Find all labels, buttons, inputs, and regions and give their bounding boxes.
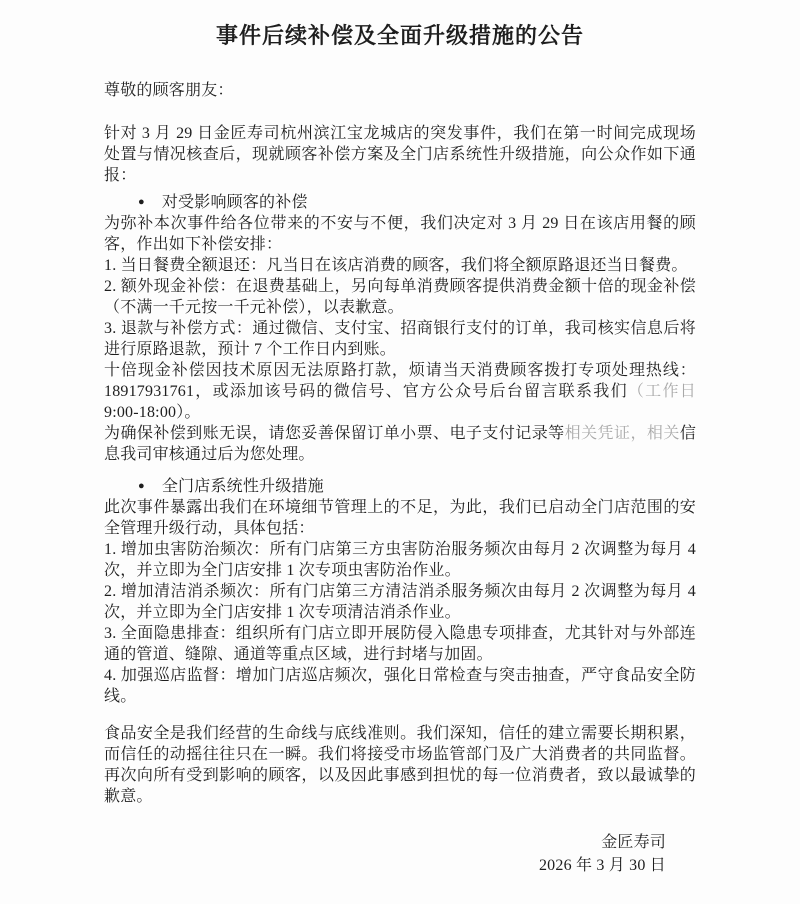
page-title: 事件后续补偿及全面升级措施的公告 bbox=[104, 20, 696, 52]
list-item: 1. 增加虫害防治频次：所有门店第三方虫害防治服务频次由每月 2 次调整为每月 … bbox=[104, 539, 696, 581]
closing-paragraph: 食品安全是我们经营的生命线与底线准则。我们深知，信任的建立需要长期积累，而信任的… bbox=[104, 723, 696, 807]
hotline-text: ，或添加该号码的微信号、官方公众号后台留言联系我们 bbox=[194, 383, 628, 400]
list-item: 1. 当日餐费全额退还：凡当日在该店消费的顾客，我们将全额原路退还当日餐费。 bbox=[104, 255, 696, 276]
salutation: 尊敬的顾客朋友： bbox=[104, 80, 696, 101]
upgrade-section: ●全门店系统性升级措施 此次事件暴露出我们在环境细节管理上的不足，为此，我们已启… bbox=[104, 476, 696, 707]
section-heading-text: 全门店系统性升级措施 bbox=[162, 478, 324, 495]
hotline-paragraph: 十倍现金补偿因技术原因无法原路打款，烦请当天消费顾客拨打专项处理热线：18917… bbox=[104, 360, 696, 423]
bullet-icon: ● bbox=[138, 192, 145, 213]
announcement-document: 事件后续补偿及全面升级措施的公告 尊敬的顾客朋友： 针对 3 月 29 日金匠寿… bbox=[0, 0, 800, 904]
list-item: 4. 加强巡店监督：增加门店巡店频次，强化日常检查与突击抽查，严守食品安全防线。 bbox=[104, 665, 696, 707]
receipt-text: 为确保补偿到账无误，请您妥善保留订单小票、电子支付记录等 bbox=[104, 425, 565, 442]
section-heading-text: 对受影响顾客的补偿 bbox=[162, 194, 308, 211]
upgrade-lead: 此次事件暴露出我们在环境细节管理上的不足，为此，我们已启动全门店范围的安全管理升… bbox=[104, 497, 696, 539]
hotline-text: 9:00-18:00）。 bbox=[104, 404, 201, 421]
faded-text: （工作日 bbox=[628, 383, 696, 400]
list-item: 3. 全面隐患排查：组织所有门店立即开展防侵入隐患专项排查，尤其针对与外部连通的… bbox=[104, 623, 696, 665]
bullet-icon: ● bbox=[138, 476, 145, 497]
phone-number: 18917931761 bbox=[104, 383, 194, 400]
section-heading-compensation: ●对受影响顾客的补偿 bbox=[104, 192, 696, 213]
compensation-section: ●对受影响顾客的补偿 为弥补本次事件给各位带来的不安与不便，我们决定对 3 月 … bbox=[104, 192, 696, 465]
signature-company: 金匠寿司 bbox=[104, 831, 666, 854]
faded-text: 相关凭证，相关 bbox=[565, 425, 680, 442]
signature-block: 金匠寿司 2026 年 3 月 30 日 bbox=[104, 831, 696, 877]
hotline-text: 十倍现金补偿因技术原因无法原路打款，烦请当天消费顾客拨打专项处理热线： bbox=[104, 362, 696, 379]
compensation-lead: 为弥补本次事件给各位带来的不安与不便，我们决定对 3 月 29 日在该店用餐的顾… bbox=[104, 213, 696, 255]
list-item: 2. 增加清洁消杀频次：所有门店第三方清洁消杀服务频次由每月 2 次调整为每月 … bbox=[104, 581, 696, 623]
list-item: 2. 额外现金补偿：在退费基础上，另向每单消费顾客提供消费金额十倍的现金补偿（不… bbox=[104, 276, 696, 318]
signature-date: 2026 年 3 月 30 日 bbox=[104, 854, 666, 877]
receipt-paragraph: 为确保补偿到账无误，请您妥善保留订单小票、电子支付记录等相关凭证，相关信息我司审… bbox=[104, 423, 696, 465]
list-item: 3. 退款与补偿方式：通过微信、支付宝、招商银行支付的订单，我司核实信息后将进行… bbox=[104, 318, 696, 360]
section-heading-upgrade: ●全门店系统性升级措施 bbox=[104, 476, 696, 497]
intro-paragraph: 针对 3 月 29 日金匠寿司杭州滨江宝龙城店的突发事件，我们在第一时间完成现场… bbox=[104, 123, 696, 186]
